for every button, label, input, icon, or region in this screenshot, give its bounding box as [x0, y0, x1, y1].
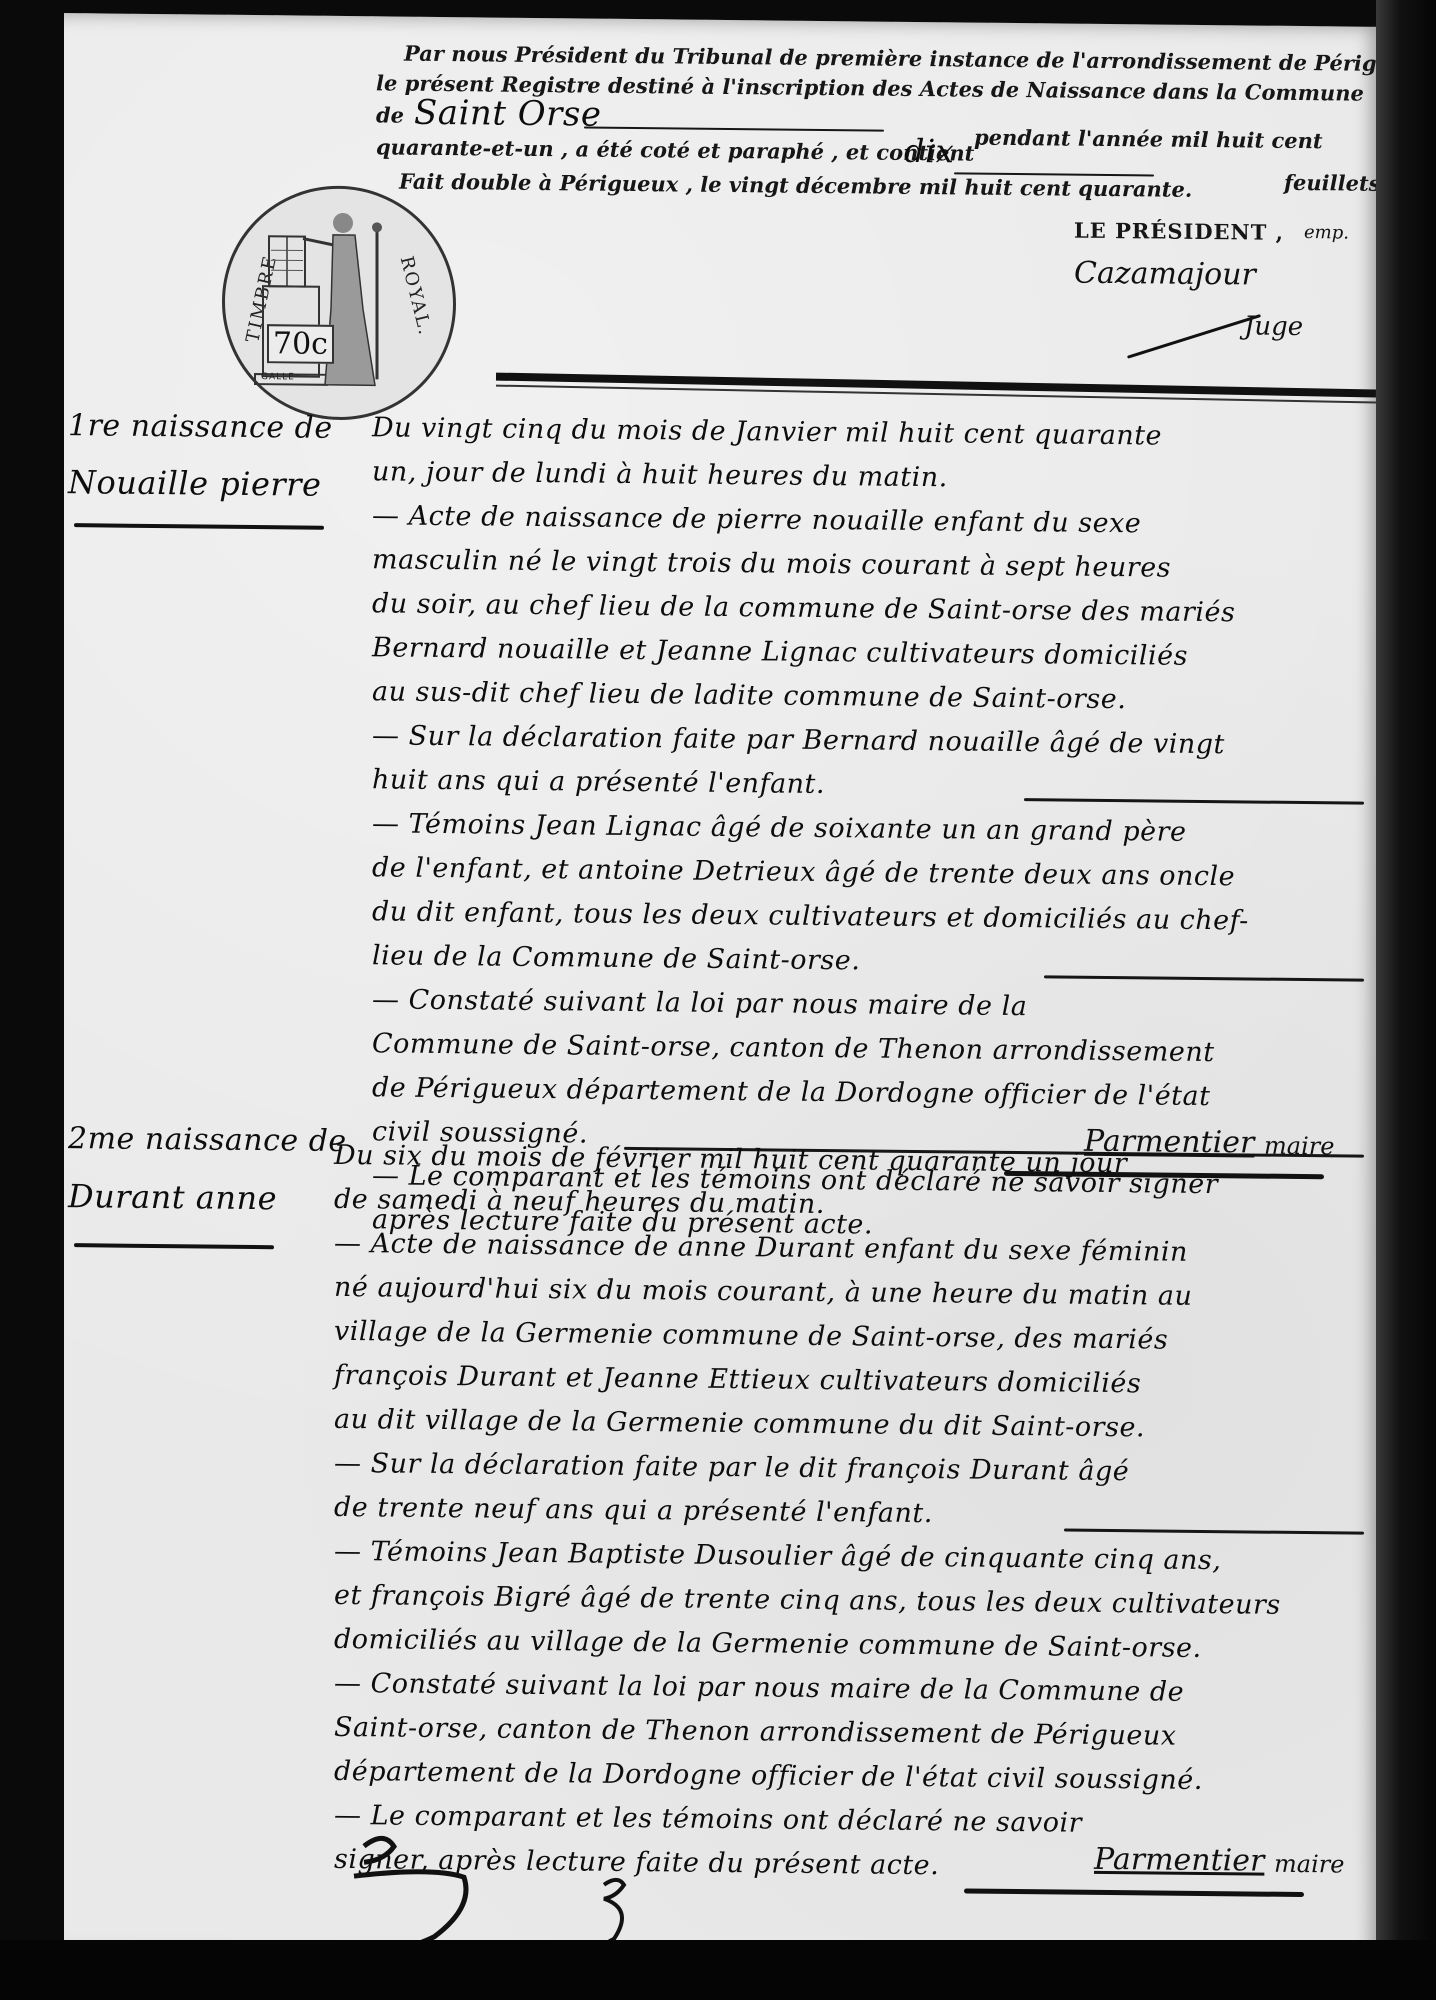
president-signature: Cazamajour: [1074, 256, 1256, 293]
entry-1-margin-name: Nouaille pierre: [68, 463, 321, 504]
president-suffix: emp.: [1304, 222, 1349, 243]
register-page: Par nous Président du Tribunal de premiè…: [64, 13, 1390, 1967]
header-line-3-de: de: [376, 102, 404, 127]
royal-stamp: TIMBRE ROYAL. 70c GALLE: [222, 185, 456, 421]
binding-edge: [1376, 0, 1436, 2000]
entry-2-line: — Témoins Jean Baptiste Dusoulier âgé de…: [334, 1536, 1221, 1576]
president-label: LE PRÉSIDENT ,: [1074, 218, 1284, 245]
entry-2-line: village de la Germenie commune de Saint-…: [334, 1316, 1168, 1356]
entry-1-line: de l'enfant, et antoine Detrieux âgé de …: [372, 852, 1235, 892]
line-filler: [1044, 975, 1364, 981]
entry-1-line: masculin né le vingt trois du mois coura…: [372, 544, 1171, 583]
scan-border-bottom: [0, 1940, 1436, 2000]
entry-1-line: huit ans qui a présenté l'enfant.: [372, 764, 825, 800]
entry-1-line: lieu de la Commune de Saint-orse.: [372, 940, 860, 976]
entry-2-line: domiciliés au village de la Germenie com…: [334, 1624, 1202, 1664]
feuillets-handwritten: dix: [904, 132, 954, 171]
allegorical-figure-icon: [225, 188, 453, 418]
entry-2-line: et françois Bigré âgé de trente cinq ans…: [334, 1580, 1281, 1621]
header-line-1: Par nous Président du Tribunal de premiè…: [404, 41, 1436, 77]
judge-flourish: [1127, 314, 1261, 359]
entry-1-line: — Constaté suivant la loi par nous maire…: [372, 984, 1027, 1022]
entry-2-line: Saint-orse, canton de Thenon arrondissem…: [334, 1712, 1176, 1752]
entry-1-line: — Acte de naissance de pierre nouaille e…: [372, 500, 1141, 539]
entry-1-body: Du vingt cinq du mois de Janvier mil hui…: [64, 13, 1390, 27]
commune-handwritten: Saint Orse: [414, 93, 602, 135]
entry-1-margin-title: 1re naissance de: [68, 408, 333, 446]
entry-1-line: Du vingt cinq du mois de Janvier mil hui…: [372, 412, 1162, 451]
entry-2-margin-title: 2me naissance de: [68, 1121, 347, 1159]
entry-2-margin-flourish: [74, 1243, 274, 1249]
entry-2-line: françois Durant et Jeanne Ettieux cultiv…: [334, 1360, 1141, 1399]
entry-1-line: du soir, au chef lieu de la commune de S…: [372, 588, 1235, 628]
entry-2-margin-name: Durant anne: [68, 1177, 277, 1217]
header-line-4: quarante-et-un , a été coté et paraphé ,…: [376, 134, 974, 165]
entry-1-line: de Périgueux département de la Dordogne …: [372, 1072, 1210, 1112]
entry-2-line: — Acte de naissance de anne Durant enfan…: [334, 1228, 1188, 1268]
entry-1-line: du dit enfant, tous les deux cultivateur…: [372, 896, 1249, 936]
entry-2-line: — Constaté suivant la loi par nous maire…: [334, 1668, 1184, 1708]
entry-2-body: Du six du mois de février mil huit cent …: [64, 13, 1390, 27]
entry-2-line: de trente neuf ans qui a présenté l'enfa…: [334, 1492, 933, 1529]
entry-1-line: Bernard nouaille et Jeanne Lignac cultiv…: [372, 632, 1188, 672]
entry-2-line: né aujourd'hui six du mois courant, à un…: [334, 1272, 1192, 1312]
line-filler: [1024, 798, 1364, 805]
header-line-pendant: pendant l'année mil huit cent: [974, 125, 1323, 154]
president-label-text: LE PRÉSIDENT ,: [1074, 218, 1284, 245]
entry-2-line: département de la Dordogne officier de l…: [334, 1756, 1203, 1796]
entry-1-line: un, jour de lundi à huit heures du matin…: [372, 456, 948, 493]
stamp-value: 70c: [267, 324, 334, 364]
entry-1-line: — Sur la déclaration faite par Bernard n…: [372, 720, 1225, 760]
stamp-maker: GALLE: [261, 372, 295, 382]
entry-2-line: — Sur la déclaration faite par le dit fr…: [334, 1448, 1129, 1487]
header-feuillets-label: feuillets.: [1284, 170, 1388, 196]
line-filler: [1064, 1529, 1364, 1535]
commune-underline: [584, 127, 884, 132]
entry-1-line: au sus-dit chef lieu de ladite commune d…: [372, 676, 1126, 715]
entry-1-mayor-role: maire: [1264, 1132, 1334, 1161]
entry-1-line: Commune de Saint-orse, canton de Thenon …: [372, 1028, 1215, 1068]
entry-2-line: de samedi à neuf heures du matin.: [334, 1184, 825, 1220]
entry-1-margin-flourish: [74, 523, 324, 530]
entry-2-line: au dit village de la Germenie commune du…: [334, 1404, 1145, 1443]
entry-1-line: — Témoins Jean Lignac âgé de soixante un…: [372, 808, 1186, 848]
